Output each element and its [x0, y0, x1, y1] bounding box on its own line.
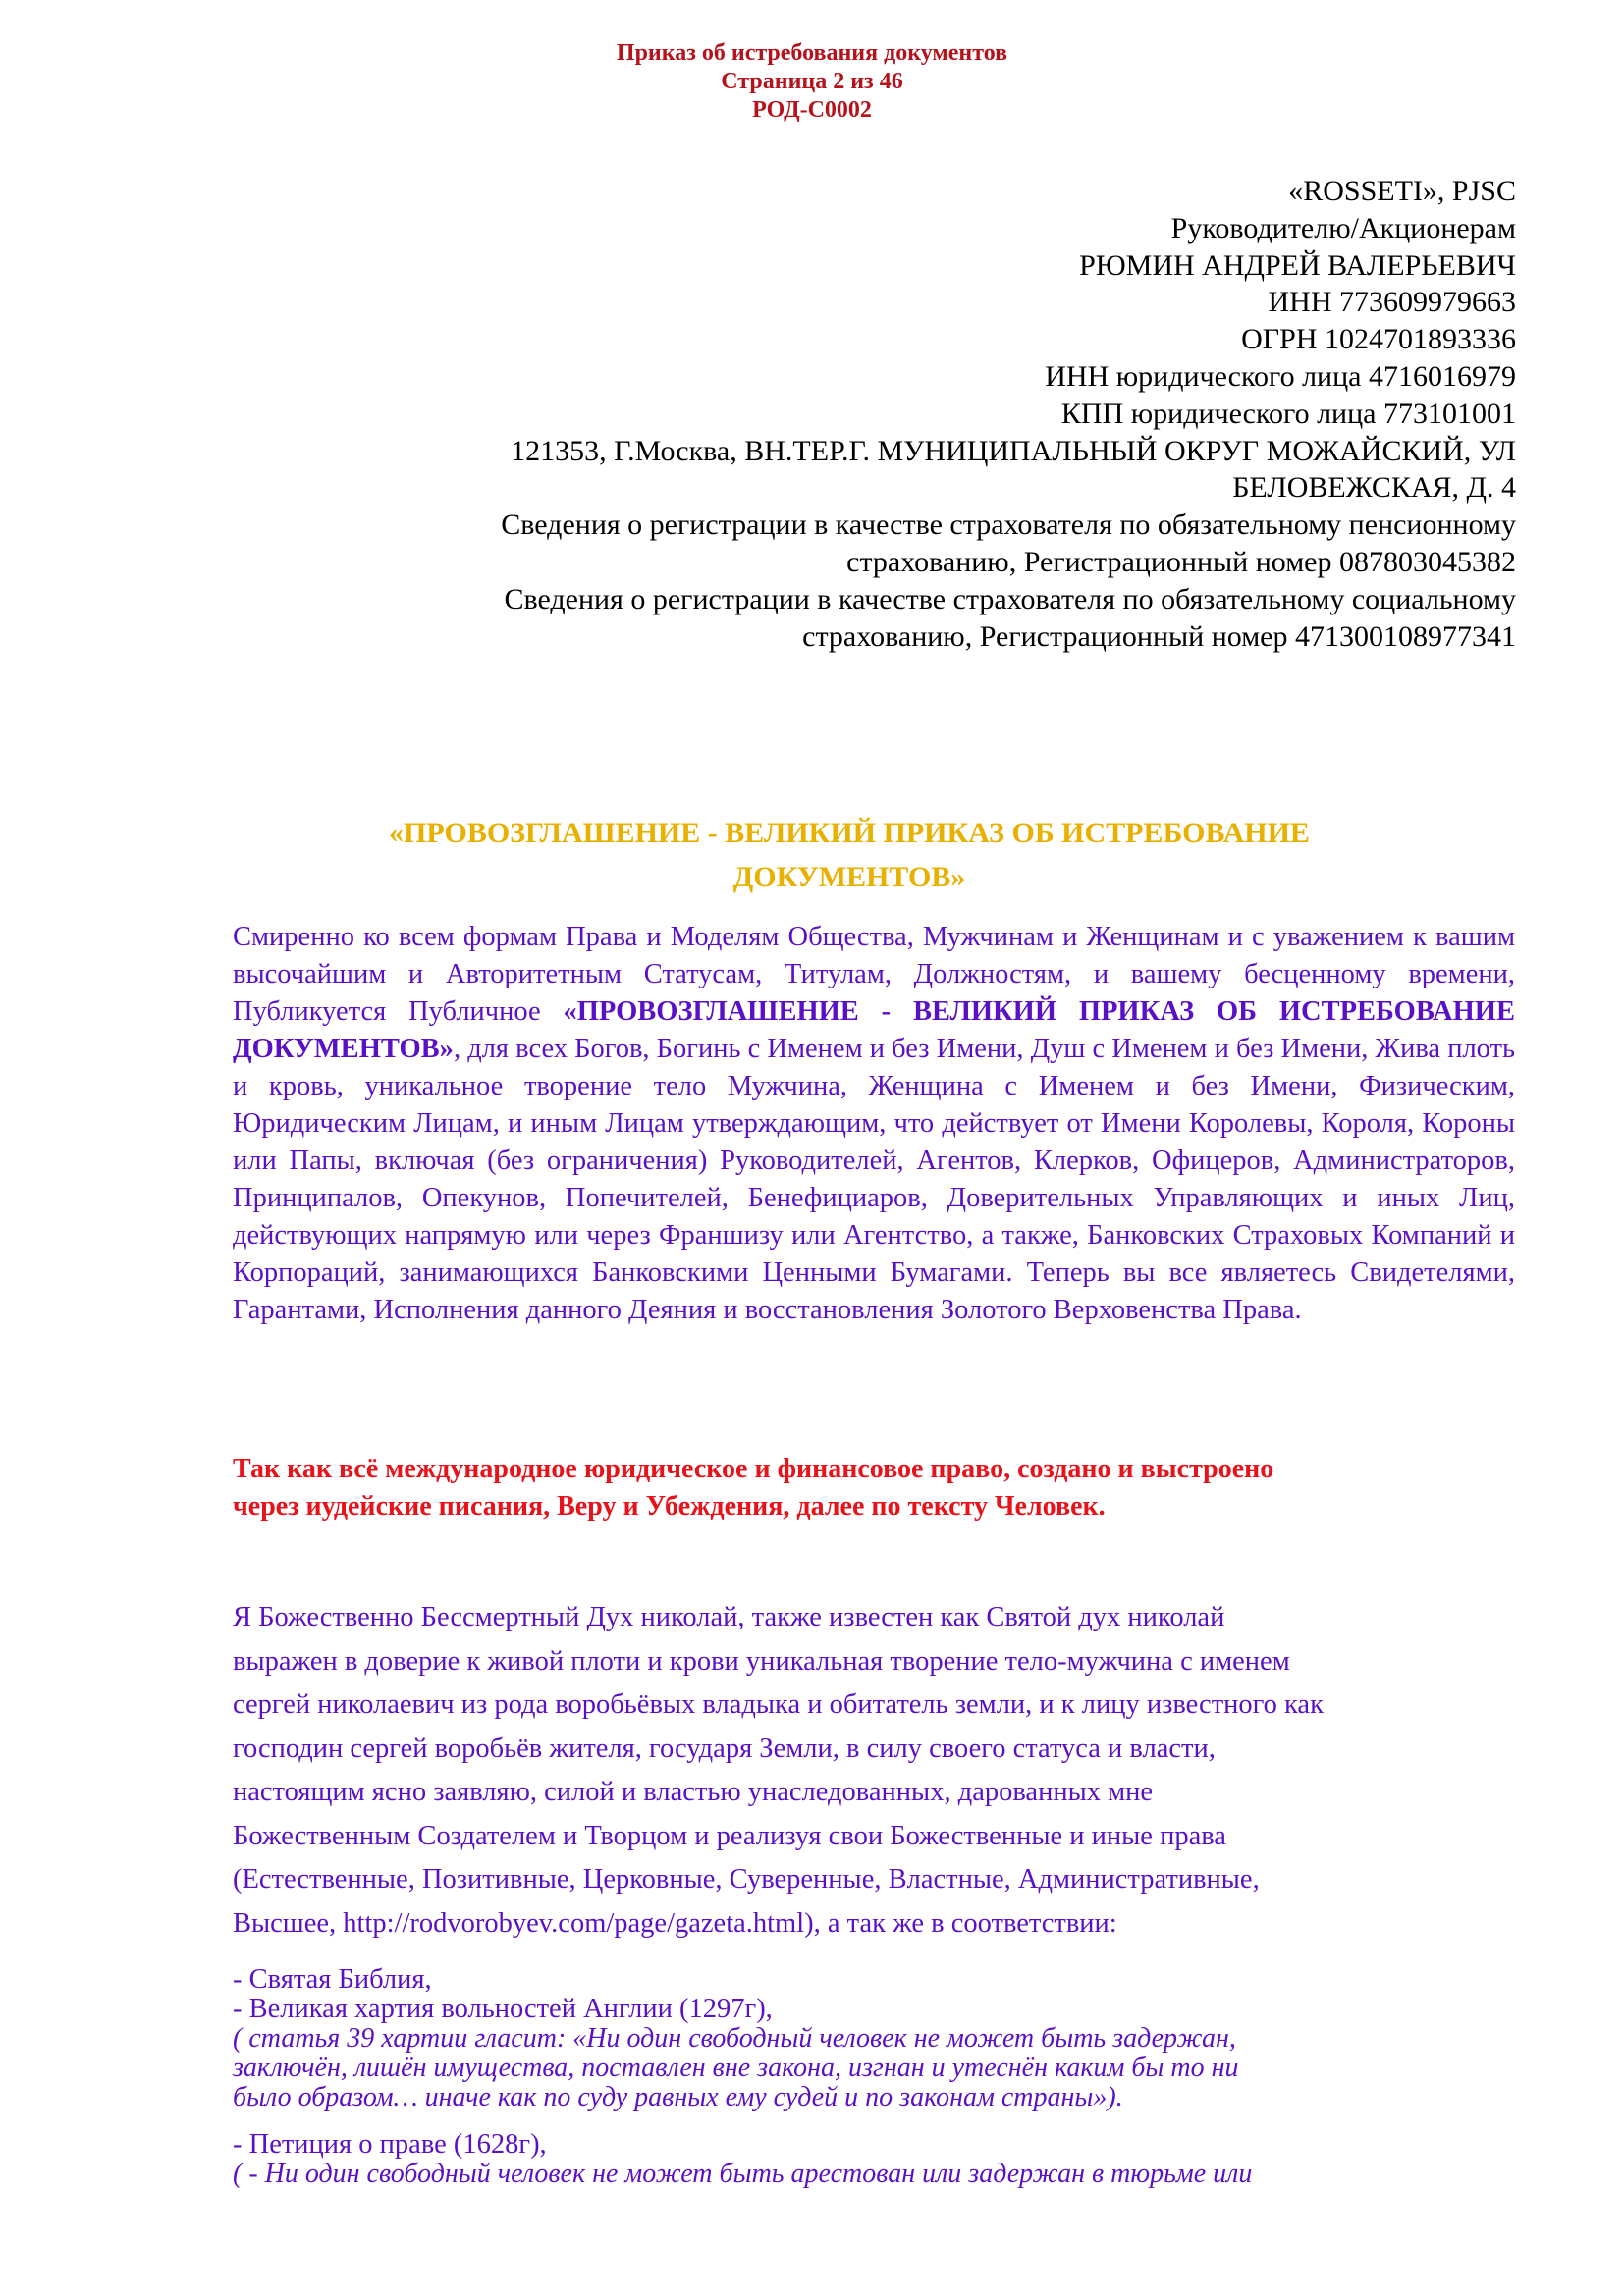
recipient-role: Руководителю/Акционерам [240, 210, 1516, 247]
recipient-kpp: КПП юридического лица 773101001 [240, 396, 1516, 433]
declaration-line: настоящим ясно заявляю, силой и властью … [233, 1771, 1539, 1815]
magna-carta-quote: ( статья 39 хартии гласит: «Ни один своб… [233, 2024, 1539, 2112]
quote-line: заключён, лишён имущества, поставлен вне… [233, 2054, 1539, 2083]
proclamation-title-line2: ДОКУМЕНТОВ» [295, 855, 1404, 899]
sources-list: - Святая Библия, - Великая хартия вольно… [233, 1965, 1539, 2189]
quote-line: ( - Ни один свободный человек не может б… [233, 2160, 1539, 2189]
document-code: РОД-С0002 [0, 96, 1624, 125]
declaration-line: Божественным Создателем и Творцом и реал… [233, 1815, 1539, 1859]
document-title: Приказ об истребования документов [0, 39, 1624, 68]
source-item-magna-carta: - Великая хартия вольностей Англии (1297… [233, 1995, 1539, 2024]
declaration-line: (Естественные, Позитивные, Церковные, Су… [233, 1858, 1539, 1902]
page-number: Страница 2 из 46 [0, 68, 1624, 96]
declaration-line: Я Божественно Бессмертный Дух николай, т… [233, 1596, 1539, 1640]
declaration-paragraph: Я Божественно Бессмертный Дух николай, т… [233, 1596, 1539, 1946]
pension-registration-line1: Сведения о регистрации в качестве страхо… [240, 507, 1516, 544]
proclamation-title: «ПРОВОЗГЛАШЕНИЕ - ВЕЛИКИЙ ПРИКАЗ ОБ ИСТР… [295, 811, 1404, 899]
quote-line: было образом… иначе как по суду равных е… [233, 2083, 1539, 2112]
social-registration-line1: Сведения о регистрации в качестве страхо… [240, 581, 1516, 618]
recipient-address-line1: 121353, Г.Москва, ВН.ТЕР.Г. МУНИЦИПАЛЬНЫ… [240, 433, 1516, 470]
social-registration-line2: страхованию, Регистрационный номер 47130… [240, 618, 1516, 656]
emphasis-line1: Так как всё международное юридическое и … [233, 1451, 1529, 1488]
recipient-address-line2: БЕЛОВЕЖСКАЯ, Д. 4 [240, 469, 1516, 507]
recipient-company: «ROSSETI», PJSC [240, 173, 1516, 210]
recipient-inn: ИНН 773609979663 [240, 284, 1516, 321]
recipient-ogrn: ОГРН 1024701893336 [240, 321, 1516, 358]
pension-registration-line2: страхованию, Регистрационный номер 08780… [240, 544, 1516, 581]
recipient-legal-inn: ИНН юридического лица 4716016979 [240, 358, 1516, 396]
declaration-line: Высшее, http://rodvorobyev.com/page/gaze… [233, 1902, 1539, 1947]
declaration-line: господин сергей воробьёв жителя, государ… [233, 1728, 1539, 1772]
petition-quote: ( - Ни один свободный человек не может б… [233, 2160, 1539, 2189]
page-header: Приказ об истребования документов Страни… [0, 39, 1624, 125]
spacer [233, 2112, 1539, 2130]
recipient-block: «ROSSETI», PJSC Руководителю/Акционерам … [240, 173, 1516, 655]
address-paragraph: Смиренно ко всем формам Права и Моделям … [233, 919, 1515, 1329]
address-paragraph-rest: , для всех Богов, Богинь с Именем и без … [233, 1034, 1515, 1325]
proclamation-title-line1: «ПРОВОЗГЛАШЕНИЕ - ВЕЛИКИЙ ПРИКАЗ ОБ ИСТР… [295, 811, 1404, 855]
recipient-name: РЮМИН АНДРЕЙ ВАЛЕРЬЕВИЧ [240, 247, 1516, 285]
source-item-bible: - Святая Библия, [233, 1965, 1539, 1995]
declaration-line: сергей николаевич из рода воробьёвых вла… [233, 1683, 1539, 1728]
source-item-petition: - Петиция о праве (1628г), [233, 2130, 1539, 2160]
emphasis-paragraph: Так как всё международное юридическое и … [233, 1451, 1529, 1525]
emphasis-line2: через иудейские писания, Веру и Убеждени… [233, 1488, 1529, 1525]
declaration-line: выражен в доверие к живой плоти и крови … [233, 1640, 1539, 1684]
quote-line: ( статья 39 хартии гласит: «Ни один своб… [233, 2024, 1539, 2054]
